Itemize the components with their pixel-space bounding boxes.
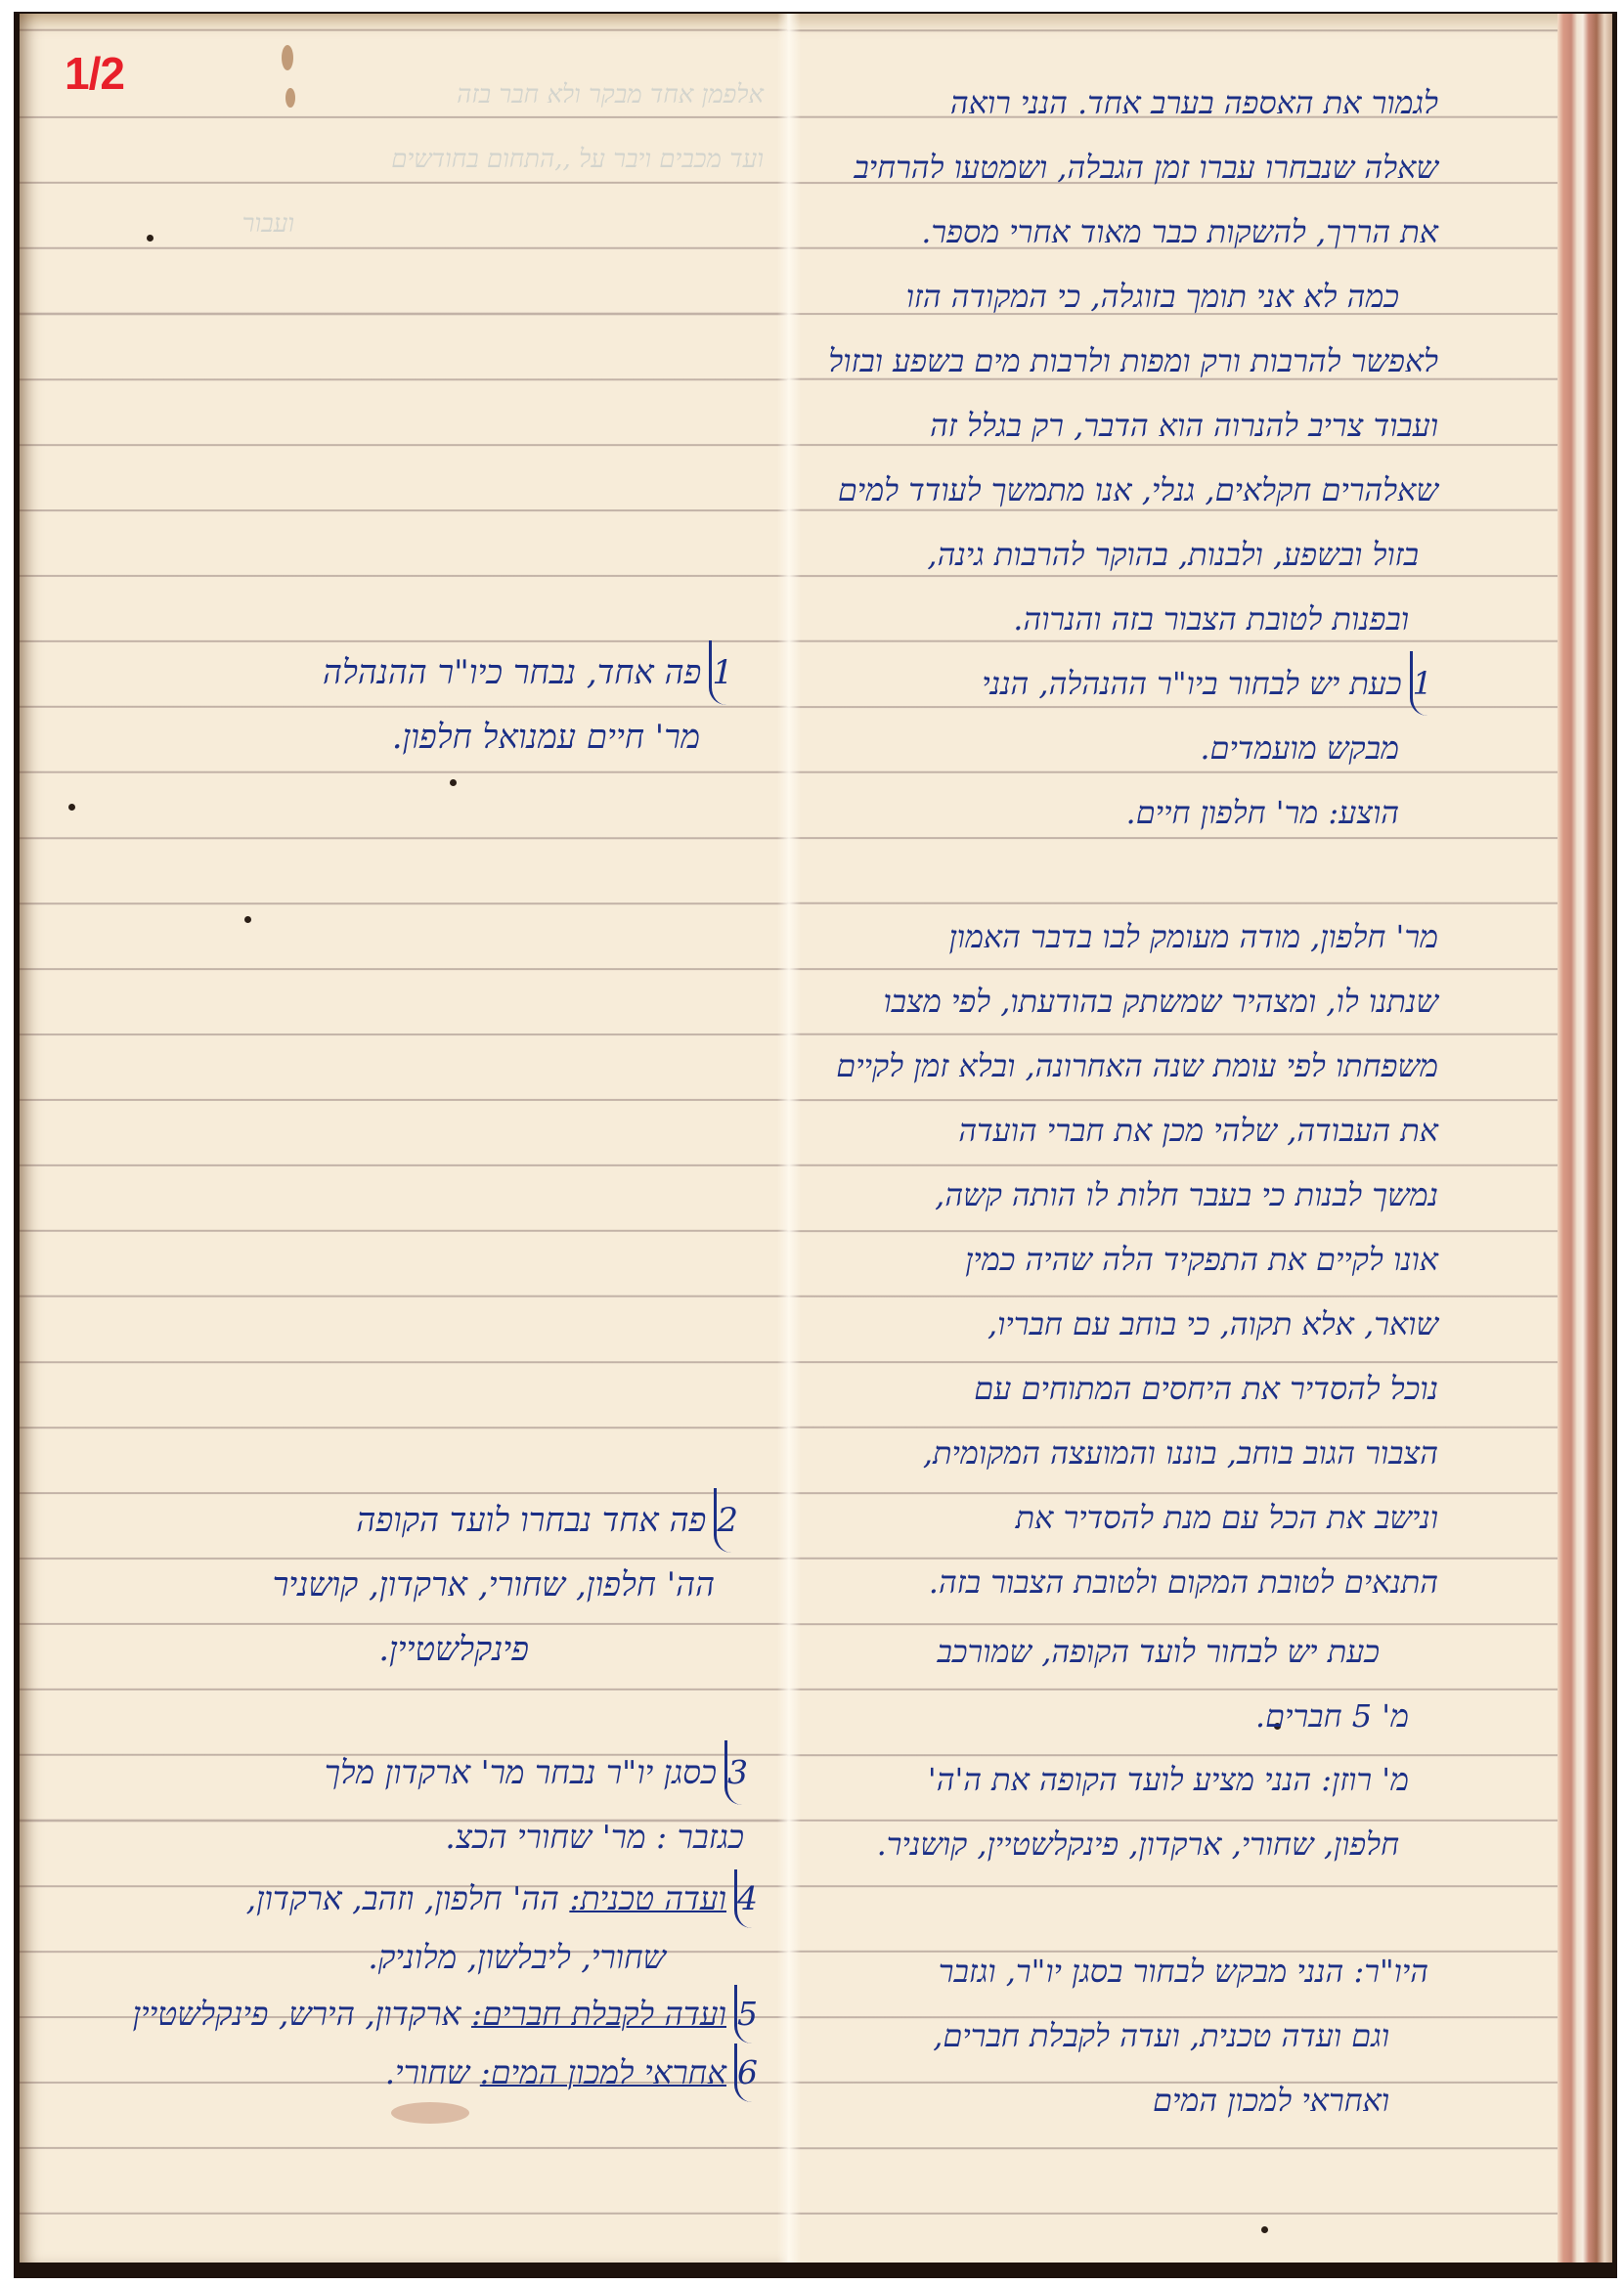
text-line: לגמור את האספה בערב אחד. הנני רואה <box>854 70 1438 135</box>
text-line: נוכל להסדיר את היחסים המתוחים עם <box>836 1356 1438 1421</box>
text-line: את הררך, להשקות כבר מאוד אחרי מספר. <box>854 199 1438 264</box>
text-line: היו"ר: הנני מבקש לבחור בסגן יו"ר, וגזבר <box>933 1939 1428 2003</box>
note-line: פה אחד, נבחר כיו"ר ההנהלה <box>323 653 701 692</box>
paragraph-context: כמה לא אני תומך בזוגלה, כי המקודה הזו לא… <box>828 264 1399 651</box>
note-number: 1 <box>709 640 739 705</box>
note-1: 1פה אחד, נבחר כיו"ר ההנהלה מר' חיים עמנו… <box>323 640 739 769</box>
note-number: 3 <box>724 1740 754 1805</box>
text-line: מר' חלפון, מודה מעומק לבו בדבר האמון <box>836 904 1438 969</box>
page-edges <box>1558 14 1612 2263</box>
note-4: 4ועדה טכנית: הה' חלפון, וזהב, ארקדון, שח… <box>246 1869 764 1987</box>
note-2: 2פה אחד נבחרו לועד הקופה הה' חלפון, שחור… <box>273 1488 744 1682</box>
text-line: כעת יש לבחור ביו"ר ההנהלה, הנני <box>982 665 1401 702</box>
speck <box>68 804 75 811</box>
text-line: כעת יש לבחור לועד הקופה, שמורכב <box>937 1619 1380 1684</box>
text-line: וגם ועדה טכנית, ועדה לקבלת חברים, <box>933 2003 1389 2068</box>
ink-stain <box>282 45 293 70</box>
note-label: אחראי למכון המים: <box>480 2053 726 2091</box>
text-line: הצבור הגוב בוחב, בוננו והמועצה המקומית, <box>836 1421 1438 1485</box>
note-line: שחורי, ליבלשון, מלוניק. <box>246 1928 666 1987</box>
text-line: שואר, אלא תקוה, כי בוחב עם חבריו, <box>836 1292 1438 1356</box>
text-line: נמשך לבנות כי בעבר חלות לו הותה קשה, <box>836 1163 1438 1227</box>
text-line: ועבוד צריב להנרוה הוא הדבר, רק בגלל זה <box>828 393 1438 458</box>
note-number: 2 <box>714 1488 744 1553</box>
agenda-item-1: 1כעת יש לבחור ביו"ר ההנהלה, הנני מבקש מו… <box>982 651 1438 780</box>
note-label: ועדה לקבלת חברים: <box>471 1995 726 2033</box>
bleed-through-line: ועבור <box>242 209 294 239</box>
text-line: משפחתו לפי עומת שנה האחרונה, ובלא זמן לק… <box>836 1033 1438 1098</box>
paragraph-opening: לגמור את האספה בערב אחד. הנני רואה שאלה … <box>854 70 1438 264</box>
note-3: 3כסגן יו"ר נבחר מר' ארקדון מלך כגזבר : מ… <box>325 1740 754 1869</box>
note-line: פינקלשטיין. <box>273 1617 529 1682</box>
speck <box>1261 2226 1268 2233</box>
note-label: ועדה טכנית: <box>569 1879 726 1917</box>
bleed-through-line: אלפמן אחד מבקר ולא חבר בזה <box>457 80 764 110</box>
text-line: חלפון, שחורי, ארקדון, פינקלשטיין, קושניר… <box>877 1812 1399 1876</box>
text-line: שנתנו לו, ומצהיר שמשתק בהודעתו, לפי מצבו <box>836 969 1438 1033</box>
note-line: מר' חיים עמנואל חלפון. <box>323 705 700 769</box>
text-line: מבקש מועמדים. <box>982 716 1399 780</box>
text-line: הוצע: מר' חלפון חיים. <box>1126 780 1399 845</box>
note-line: הה' חלפון, וזהב, ארקדון, <box>246 1879 559 1917</box>
note-number: 4 <box>734 1869 764 1928</box>
proposal-fund-committee: מ' רוזן: הנני מציע לועד הקופה את ה'ה' חל… <box>877 1747 1409 1876</box>
bleed-through-line: ועד מכבים ויבר על ,,התחום בחודשים <box>391 145 764 174</box>
text-line: התנאים לטובת המקום ולטובת הצבור בזה. <box>836 1550 1438 1614</box>
text-line: אונו לקיים את התפקיד הלה שהיה כמין <box>836 1227 1438 1292</box>
text-line: כמה לא אני תומך בזוגלה, כי המקודה הזו <box>828 264 1399 329</box>
note-5: 5ועדה לקבלת חברים: ארקדון, הירש, פינקלשט… <box>133 1985 764 2043</box>
binding-gutter <box>777 14 801 2263</box>
speck <box>147 235 154 242</box>
text-line: ואחראי למכון המים <box>933 2068 1389 2132</box>
note-number: 6 <box>734 2043 764 2102</box>
text-line: בזול ובשפע, ולבנות, בהוקר להרבות גינה, <box>828 522 1419 587</box>
speck <box>450 779 457 786</box>
chair-request: היו"ר: הנני מבקש לבחור בסגן יו"ר, וגזבר … <box>933 1939 1428 2132</box>
note-line: שחורי. <box>385 2053 470 2091</box>
item-number: 1 <box>1410 651 1438 716</box>
text-line: מ' 5 חברים. <box>937 1684 1409 1748</box>
note-line: כסגן יו"ר נבחר מר' ארקדון מלך <box>325 1753 717 1791</box>
text-line: לאפשר להרבות ורק ומפות ולרבות מים בשפע ו… <box>828 329 1438 393</box>
text-line: ונישב את הכל עם מנת להסדיר את <box>836 1485 1438 1550</box>
text-line: שאלה שנבחרו עברו זמן הגבלה, ושמטעו להרחי… <box>854 135 1438 199</box>
proposal-chairman: הוצע: מר' חלפון חיים. <box>1126 780 1399 845</box>
paragraph-halfon-speech: מר' חלפון, מודה מעומק לבו בדבר האמון שנת… <box>836 904 1438 1614</box>
note-6: 6אחראי למכון המים: שחורי. <box>385 2043 764 2102</box>
note-number: 5 <box>734 1985 764 2043</box>
note-line: פה אחד נבחרו לועד הקופה <box>356 1501 706 1540</box>
ink-stain <box>285 88 295 108</box>
page-number-label: 1/2 <box>65 47 124 100</box>
note-line: ארקדון, הירש, פינקלשטיין <box>133 1995 461 2033</box>
speck <box>244 916 251 923</box>
note-line: כגזבר : מר' שחורי הכצ. <box>325 1805 744 1869</box>
text-line: מ' רוזן: הנני מציע לועד הקופה את ה'ה' <box>877 1747 1409 1812</box>
text-line: את העבודה, שלהי מכן את חברי הועדה <box>836 1098 1438 1163</box>
text-line: שאלהרים חקלאים, גנלי, אנו מתמשך לעודד למ… <box>828 458 1438 522</box>
text-line: ובפנות לטובת הצבור בזה והנרוה. <box>828 587 1409 651</box>
ink-stain <box>391 2102 469 2124</box>
note-line: הה' חלפון, שחורי, ארקדון, קושניר <box>273 1553 715 1617</box>
agenda-item-2: כעת יש לבחור לועד הקופה, שמורכב מ' 5 חבר… <box>937 1619 1380 1748</box>
